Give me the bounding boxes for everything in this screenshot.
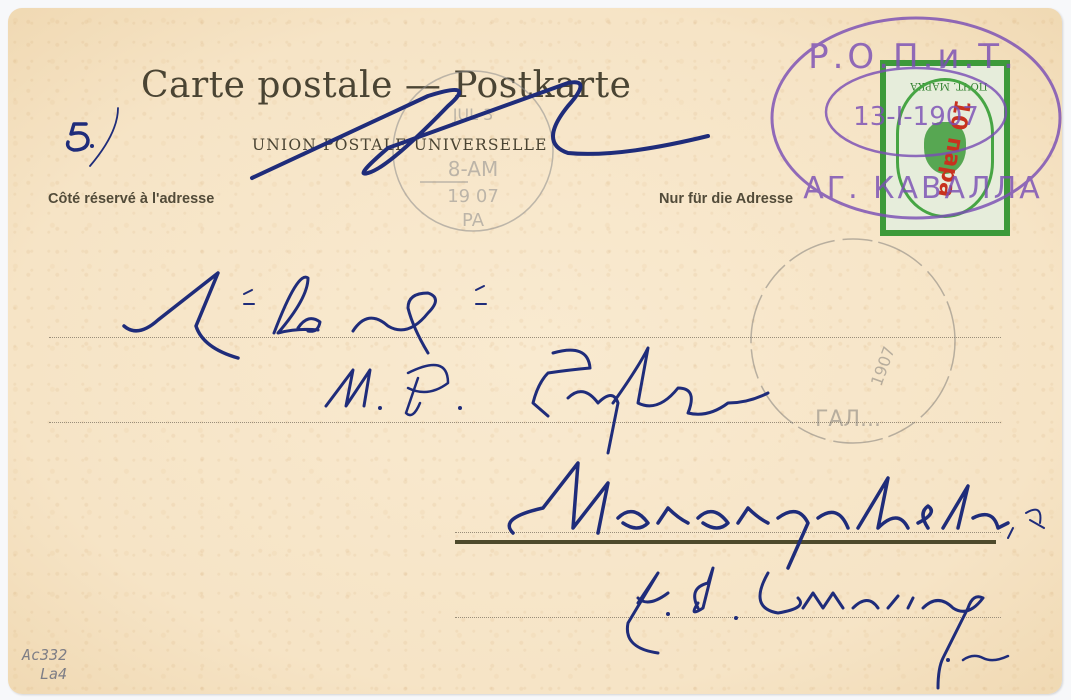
ropit-top-text: Р.О.П.и.Т.	[808, 37, 1018, 77]
handwritten-line-1	[124, 273, 486, 358]
handwritten-line-2	[326, 348, 768, 453]
handwritten-number-5	[68, 108, 118, 166]
postcard: Carte postale — Postkarte UNION POSTALE …	[8, 8, 1062, 694]
ink-overlay: JUL 3 8-AM 19 07 PA ГАЛ... 1907 Р.О.П.и.…	[8, 8, 1062, 694]
transit-postmark: ГАЛ... 1907	[751, 239, 955, 443]
transit-postmark-text: ГАЛ...	[815, 407, 881, 432]
postmark-state: PA	[462, 210, 485, 231]
postmark-time: 8-AM	[448, 157, 498, 181]
handwritten-line-4	[627, 568, 1008, 688]
transit-postmark-date: 1907	[867, 344, 899, 389]
ropit-bottom-text: АГ. КАВАЛЛА	[803, 171, 1042, 206]
handwritten-line-3	[509, 463, 1044, 568]
postmark-year: 19 07	[447, 186, 499, 207]
ropit-oval-cancel: Р.О.П.и.Т. 13-I-1907 АГ. КАВАЛЛА	[772, 18, 1060, 218]
ropit-date: 13-I-1907	[853, 102, 979, 132]
